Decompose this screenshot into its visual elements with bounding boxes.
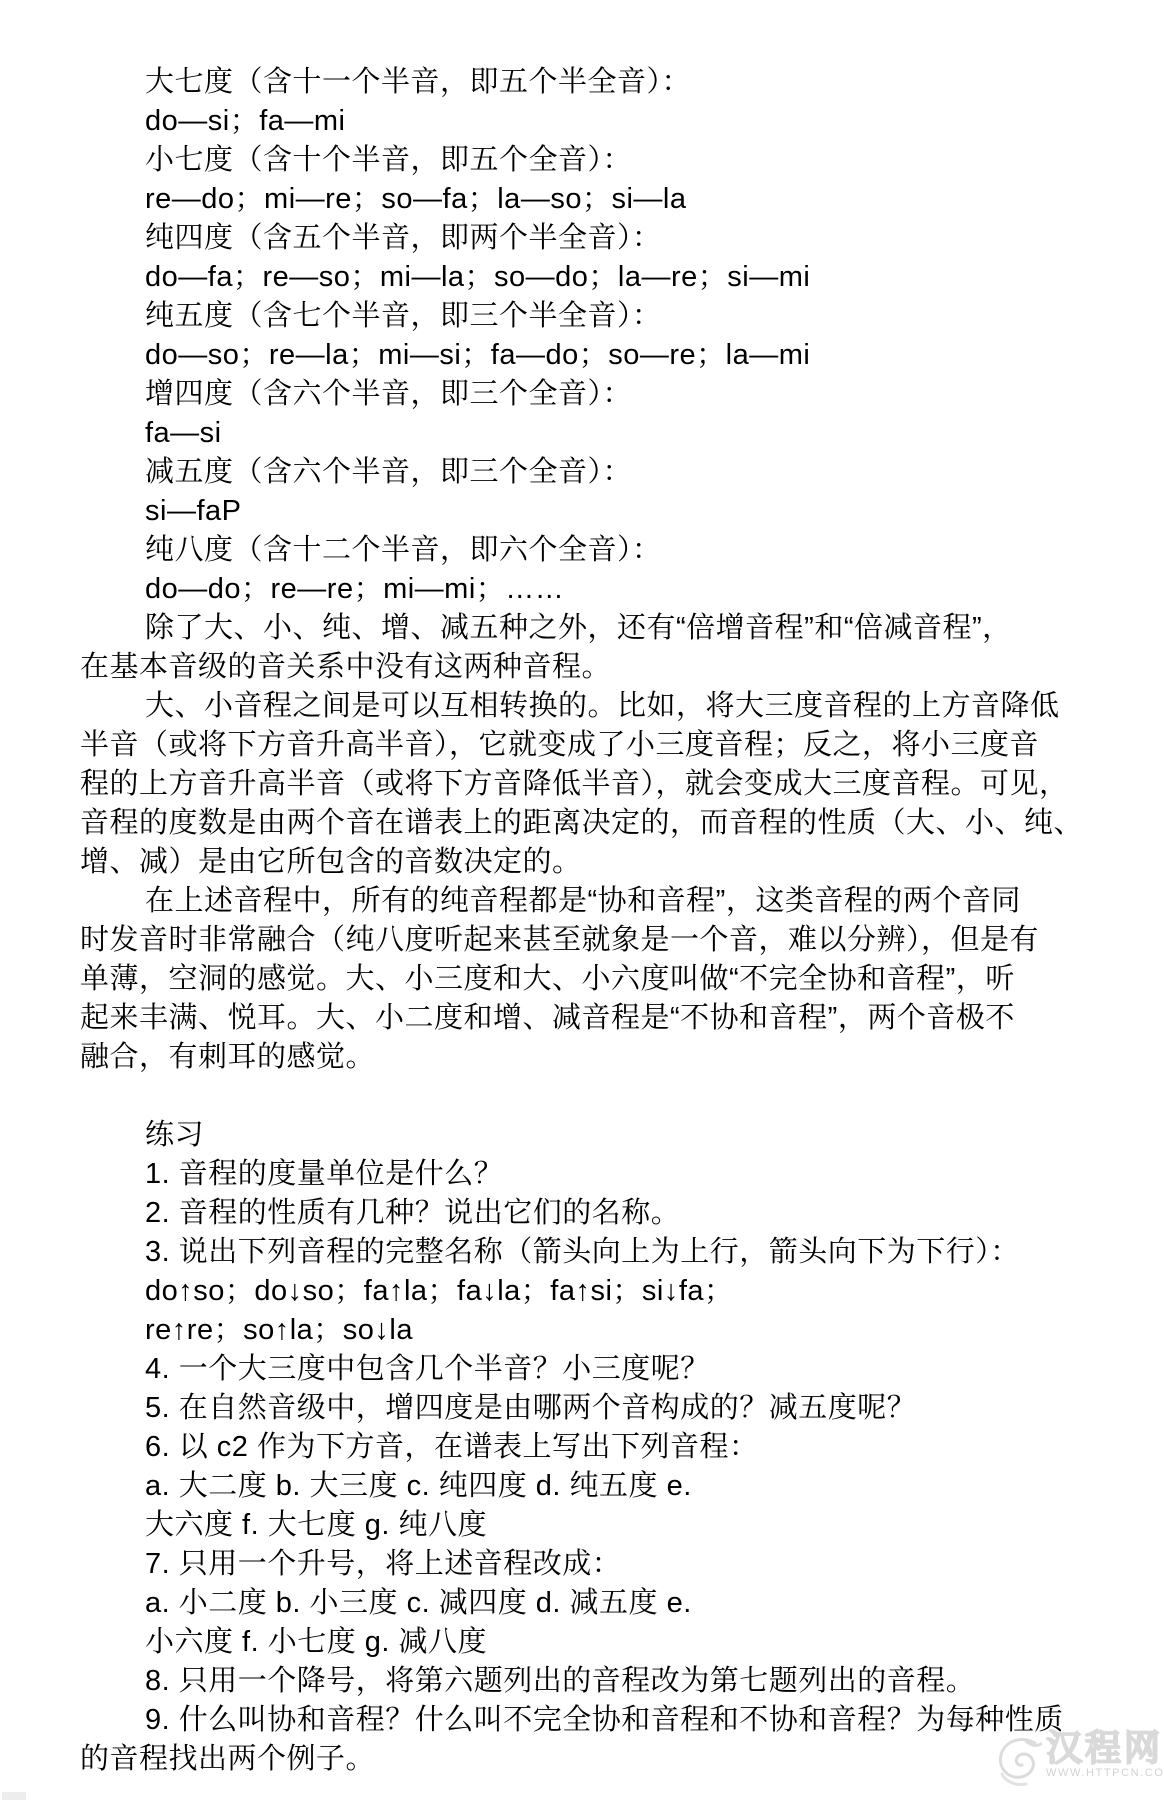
text-line: 除了大、小、纯、增、减五种之外，还有“倍增音程”和“倍减音程”， bbox=[80, 609, 1144, 648]
text-line: re↑re；so↑la；so↓la bbox=[80, 1311, 1144, 1350]
text-line: 时发音时非常融合（纯八度听起来甚至就象是一个音，难以分辨），但是有 bbox=[80, 921, 1144, 960]
text-line: 3. 说出下列音程的完整名称（箭头向上为上行，箭头向下为下行）： bbox=[80, 1233, 1144, 1272]
text-line: 单薄，空洞的感觉。大、小三度和大、小六度叫做“不完全协和音程”，听 bbox=[80, 960, 1144, 999]
text-line: 程的上方音升高半音（或将下方音降低半音），就会变成大三度音程。可见， bbox=[80, 765, 1144, 804]
watermark-site-url: WWW.HTTPCN.COM bbox=[1046, 1767, 1164, 1779]
page-corner-artifact bbox=[2, 1792, 26, 1800]
text-line: 4. 一个大三度中包含几个半音？小三度呢？ bbox=[80, 1350, 1144, 1389]
text-line: 纯四度（含五个半音，即两个半全音）： bbox=[80, 219, 1144, 258]
document-page: 大七度（含十一个半音，即五个半全音）：do—si；fa—mi小七度（含十个半音，… bbox=[0, 0, 1164, 1779]
text-line: 融合，有刺耳的感觉。 bbox=[80, 1038, 1144, 1077]
text-line: 小六度 f. 小七度 g. 减八度 bbox=[80, 1623, 1144, 1662]
text-line: 增、减）是由它所包含的音数决定的。 bbox=[80, 843, 1144, 882]
text-line: 在上述音程中，所有的纯音程都是“协和音程”，这类音程的两个音同 bbox=[80, 882, 1144, 921]
text-line: 练习 bbox=[80, 1116, 1144, 1155]
text-line: 8. 只用一个降号，将第六题列出的音程改为第七题列出的音程。 bbox=[80, 1662, 1144, 1701]
text-line: 增四度（含六个半音，即三个全音）： bbox=[80, 375, 1144, 414]
text-line: 小七度（含十个半音，即五个全音）： bbox=[80, 141, 1144, 180]
text-line: do—fa；re—so；mi—la；so—do；la—re；si—mi bbox=[80, 258, 1144, 297]
text-line: 在基本音级的音关系中没有这两种音程。 bbox=[80, 648, 1144, 687]
text-line: do↑so；do↓so；fa↑la；fa↓la；fa↑si；si↓fa； bbox=[80, 1272, 1144, 1311]
text-line: si—faP bbox=[80, 492, 1144, 531]
text-line: 1. 音程的度量单位是什么？ bbox=[80, 1155, 1144, 1194]
text-line: 9. 什么叫协和音程？什么叫不完全协和音程和不协和音程？为每种性质 bbox=[80, 1701, 1144, 1740]
text-line: 减五度（含六个半音，即三个全音）： bbox=[80, 453, 1144, 492]
text-line: 2. 音程的性质有几种？说出它们的名称。 bbox=[80, 1194, 1144, 1233]
text-line: do—do；re—re；mi—mi；…… bbox=[80, 570, 1144, 609]
watermark: 汉程网 WWW.HTTPCN.COM bbox=[996, 1730, 1164, 1793]
text-line: 大六度 f. 大七度 g. 纯八度 bbox=[80, 1506, 1144, 1545]
text-line: 大、小音程之间是可以互相转换的。比如，将大三度音程的上方音降低 bbox=[80, 687, 1144, 726]
text-line: do—si；fa—mi bbox=[80, 102, 1144, 141]
text-line: a. 大二度 b. 大三度 c. 纯四度 d. 纯五度 e. bbox=[80, 1467, 1144, 1506]
text-line: 纯五度（含七个半音，即三个半全音）： bbox=[80, 297, 1144, 336]
text-line: fa—si bbox=[80, 414, 1144, 453]
blank-line bbox=[80, 1077, 1144, 1116]
text-line: 6. 以 c2 作为下方音，在谱表上写出下列音程： bbox=[80, 1428, 1144, 1467]
text-line: 半音（或将下方音升高半音），它就变成了小三度音程；反之，将小三度音 bbox=[80, 726, 1144, 765]
text-line: 的音程找出两个例子。 bbox=[80, 1740, 1144, 1779]
text-line: 7. 只用一个升号，将上述音程改成： bbox=[80, 1545, 1144, 1584]
document-body: 大七度（含十一个半音，即五个半全音）：do—si；fa—mi小七度（含十个半音，… bbox=[0, 0, 1164, 1779]
text-line: 5. 在自然音级中，增四度是由哪两个音构成的？减五度呢？ bbox=[80, 1389, 1144, 1428]
text-line: 起来丰满、悦耳。大、小二度和增、减音程是“不协和音程”，两个音极不 bbox=[80, 999, 1144, 1038]
watermark-site-name: 汉程网 bbox=[1046, 1727, 1163, 1768]
text-line: 音程的度数是由两个音在谱表上的距离决定的，而音程的性质（大、小、纯、 bbox=[80, 804, 1144, 843]
dragon-icon bbox=[996, 1734, 1042, 1793]
text-line: do—so；re—la；mi—si；fa—do；so—re；la—mi bbox=[80, 336, 1144, 375]
text-line: re—do；mi—re；so—fa；la—so；si—la bbox=[80, 180, 1144, 219]
text-line: 大七度（含十一个半音，即五个半全音）： bbox=[80, 63, 1144, 102]
text-line: 纯八度（含十二个半音，即六个全音）： bbox=[80, 531, 1144, 570]
text-line: a. 小二度 b. 小三度 c. 减四度 d. 减五度 e. bbox=[80, 1584, 1144, 1623]
